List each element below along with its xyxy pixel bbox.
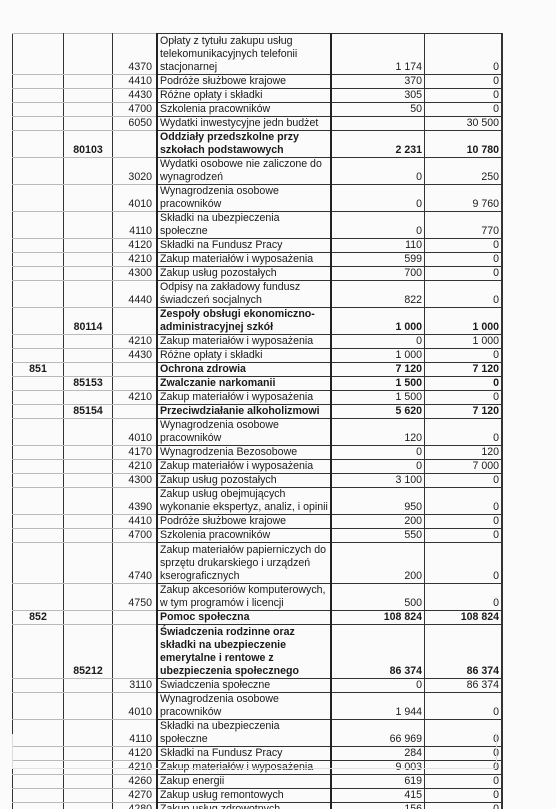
table-row: 4700Szkolenia pracowników5500 [13,529,503,543]
rozdzial-cell [64,349,113,363]
name-cell: Składki na Fundusz Pracy [157,239,331,253]
paragraf-cell: 4010 [113,185,158,212]
increase-value-cell: 0 [425,281,503,308]
table-row: 4300 Zakup usług pozostałych7000 [13,267,503,281]
dzial-cell [13,693,64,720]
dzial-cell [13,103,64,117]
decrease-value-cell: 5 620 [331,405,425,419]
decrease-value-cell: 1 000 [331,308,425,335]
paragraf-cell: 4430 [113,89,158,103]
name-cell: Przeciwdziałanie alkoholizmowi [157,405,331,419]
increase-value-cell: 0 [425,693,503,720]
increase-value-cell: 7 120 [425,363,503,377]
increase-value-cell: 7 000 [425,460,503,474]
decrease-value-cell: 0 [331,446,425,460]
paragraf-cell [113,377,158,391]
name-cell: Wynagrodzenia osobowe pracowników [157,419,331,446]
increase-value-cell: 0 [425,377,503,391]
rozdzial-cell [64,281,113,308]
rozdzial-cell [64,693,113,720]
increase-value-cell: 0 [425,239,503,253]
table-row: 4430 Różne opłaty i składki1 0000 [13,349,503,363]
increase-value-cell: 10 780 [425,131,503,158]
increase-value-cell: 0 [425,349,503,363]
rozdzial-cell [64,212,113,239]
decrease-value-cell: 1 174 [331,34,425,75]
increase-value-cell: 0 [425,584,503,611]
rozdzial-cell [64,267,113,281]
dzial-cell: 852 [13,611,64,625]
decrease-value-cell: 1 944 [331,693,425,720]
table-row: 4210 Zakup materiałów i wyposażenia01 00… [13,335,503,349]
decrease-value-cell: 50 [331,103,425,117]
increase-value-cell: 770 [425,212,503,239]
name-cell: Zespoły obsługi ekonomiczno-administracy… [157,308,331,335]
table-row: 3020 Wydatki osobowe nie zaliczone do wy… [13,158,503,185]
rozdzial-cell [64,419,113,446]
name-cell: Szkolenia pracowników [157,103,331,117]
rozdzial-cell [64,515,113,529]
rozdzial-cell [64,529,113,543]
rozdzial-cell [64,75,113,89]
table-row-section: 80114Zespoły obsługi ekonomiczno-adminis… [13,308,503,335]
increase-value-cell: 0 [425,803,503,809]
decrease-value-cell: 200 [331,543,425,584]
table-row: 4120 Składki na Fundusz Pracy1100 [13,239,503,253]
paragraf-cell: 4210 [113,460,158,474]
dzial-cell [13,446,64,460]
name-cell: Wydatki inwestycyjne jedn budżet [157,117,331,131]
table-row: 3110 Świadczenia społeczne086 374 [13,679,503,693]
name-cell: Zakup energii [157,775,331,789]
decrease-value-cell: 86 374 [331,625,425,679]
table-row: 4740Zakup materiałów papierniczych do sp… [13,543,503,584]
table-row: 4010 Wynagrodzenia osobowe pracowników09… [13,185,503,212]
paragraf-cell: 3020 [113,158,158,185]
increase-value-cell: 1 000 [425,308,503,335]
decrease-value-cell: 619 [331,775,425,789]
rozdzial-cell [64,335,113,349]
table-row: 4210 Zakup materiałów i wyposażenia5990 [13,253,503,267]
dzial-cell [13,460,64,474]
name-cell: Oddziały przedszkolne przy szkołach pods… [157,131,331,158]
decrease-value-cell: 1 000 [331,349,425,363]
name-cell: Zakup akcesoriów komputerowych, w tym pr… [157,584,331,611]
increase-value-cell: 86 374 [425,625,503,679]
decrease-value-cell: 1 500 [331,377,425,391]
paragraf-cell [113,131,158,158]
rozdzial-cell [64,488,113,515]
decrease-value-cell: 550 [331,529,425,543]
name-cell: Szkolenia pracowników [157,529,331,543]
increase-value-cell: 0 [425,515,503,529]
dzial-cell [13,391,64,405]
dzial-cell [13,584,64,611]
increase-value-cell: 0 [425,253,503,267]
paragraf-cell: 4260 [113,775,158,789]
rozdzial-cell [64,474,113,488]
name-cell: Świadczenia społeczne [157,679,331,693]
decrease-value-cell: 599 [331,253,425,267]
increase-value-cell: 250 [425,158,503,185]
increase-value-cell: 0 [425,419,503,446]
decrease-value-cell: 0 [331,460,425,474]
name-cell: Opłaty z tytułu zakupu usług telekomunik… [157,34,331,75]
decrease-value-cell: 1 500 [331,391,425,405]
rozdzial-cell: 85153 [64,377,113,391]
table-row: 4280 Zakup usług zdrowotnych1560 [13,803,503,809]
decrease-value-cell: 0 [331,335,425,349]
dzial-cell [13,377,64,391]
dzial-cell [13,529,64,543]
table-row: 4210 Zakup materiałów i wyposażenia1 500… [13,391,503,405]
increase-value-cell: 9 760 [425,185,503,212]
increase-value-cell: 86 374 [425,679,503,693]
table-row-section: 80103Oddziały przedszkolne przy szkołach… [13,131,503,158]
table-row-section: 85212Świadczenia rodzinne oraz składki n… [13,625,503,679]
table-row-section: 85154Przeciwdziałanie alkoholizmowi5 620… [13,405,503,419]
table-row: 4700Szkolenia pracowników500 [13,103,503,117]
dzial-cell [13,625,64,679]
paragraf-cell: 4170 [113,446,158,460]
dzial-cell [13,75,64,89]
dzial-cell [13,335,64,349]
rozdzial-cell: 80103 [64,131,113,158]
decrease-value-cell: 7 120 [331,363,425,377]
name-cell: Różne opłaty i składki [157,349,331,363]
rozdzial-cell [64,239,113,253]
paragraf-cell: 4430 [113,349,158,363]
name-cell: Odpisy na zakładowy fundusz świadczeń so… [157,281,331,308]
increase-value-cell: 1 000 [425,335,503,349]
paragraf-cell: 4700 [113,529,158,543]
dzial-cell [13,34,64,75]
bleed-through-table-ghost [12,734,497,769]
decrease-value-cell [331,117,425,131]
dzial-cell: 851 [13,363,64,377]
increase-value-cell: 0 [425,488,503,515]
rozdzial-cell [64,679,113,693]
paragraf-cell: 4740 [113,543,158,584]
table-row: 4750Zakup akcesoriów komputerowych, w ty… [13,584,503,611]
table-row: 4170Wynagrodzenia Bezosobowe0120 [13,446,503,460]
paragraf-cell: 3110 [113,679,158,693]
paragraf-cell: 4300 [113,267,158,281]
budget-table: 4370Opłaty z tytułu zakupu usług telekom… [12,33,503,809]
dzial-cell [13,281,64,308]
dzial-cell [13,488,64,515]
rozdzial-cell [64,446,113,460]
paragraf-cell [113,308,158,335]
paragraf-cell [113,625,158,679]
paragraf-cell: 4010 [113,419,158,446]
paragraf-cell [113,363,158,377]
dzial-cell [13,239,64,253]
rozdzial-cell: 85212 [64,625,113,679]
name-cell: Zakup materiałów papierniczych do sprzęt… [157,543,331,584]
rozdzial-cell [64,391,113,405]
decrease-value-cell: 108 824 [331,611,425,625]
table-row-section: 85153Zwalczanie narkomanii1 5000 [13,377,503,391]
paragraf-cell: 4120 [113,239,158,253]
decrease-value-cell: 0 [331,185,425,212]
increase-value-cell: 0 [425,75,503,89]
dzial-cell [13,543,64,584]
paragraf-cell: 4440 [113,281,158,308]
name-cell: Podróże służbowe krajowe [157,75,331,89]
dzial-cell [13,349,64,363]
dzial-cell [13,515,64,529]
name-cell: Zakup usług obejmujących wykonanie ekspe… [157,488,331,515]
decrease-value-cell: 2 231 [331,131,425,158]
name-cell: Zakup usług pozostałych [157,267,331,281]
dzial-cell [13,117,64,131]
paragraf-cell: 4410 [113,515,158,529]
name-cell: Świadczenia rodzinne oraz składki na ube… [157,625,331,679]
increase-value-cell: 0 [425,267,503,281]
name-cell: Zakup usług pozostałych [157,474,331,488]
decrease-value-cell: 200 [331,515,425,529]
increase-value-cell: 120 [425,446,503,460]
increase-value-cell: 0 [425,89,503,103]
paragraf-cell: 4270 [113,789,158,803]
name-cell: Wynagrodzenia osobowe pracowników [157,693,331,720]
rozdzial-cell [64,185,113,212]
dzial-cell [13,253,64,267]
dzial-cell [13,212,64,239]
decrease-value-cell: 370 [331,75,425,89]
name-cell: Zakup materiałów i wyposażenia [157,460,331,474]
rozdzial-cell [64,103,113,117]
decrease-value-cell: 950 [331,488,425,515]
table-row: 4260 Zakup energii6190 [13,775,503,789]
table-row: 4010 Wynagrodzenia osobowe pracowników1 … [13,693,503,720]
rozdzial-cell [64,543,113,584]
paragraf-cell: 6050 [113,117,158,131]
dzial-cell [13,803,64,809]
paragraf-cell: 4700 [113,103,158,117]
table-row: 4410 Podróże służbowe krajowe2000 [13,515,503,529]
decrease-value-cell: 305 [331,89,425,103]
dzial-cell [13,158,64,185]
paragraf-cell [113,611,158,625]
decrease-value-cell: 0 [331,679,425,693]
increase-value-cell: 0 [425,391,503,405]
name-cell: Różne opłaty i składki [157,89,331,103]
increase-value-cell: 0 [425,474,503,488]
name-cell: Zakup usług zdrowotnych [157,803,331,809]
table-row: 4440 Odpisy na zakładowy fundusz świadcz… [13,281,503,308]
dzial-cell [13,474,64,488]
table-row: 4410 Podróże służbowe krajowe3700 [13,75,503,89]
table-row: 4270 Zakup usług remontowych4150 [13,789,503,803]
paragraf-cell: 4410 [113,75,158,89]
decrease-value-cell: 120 [331,419,425,446]
table-row: 6050Wydatki inwestycyjne jedn budżet30 5… [13,117,503,131]
table-row-section: 851Ochrona zdrowia7 1207 120 [13,363,503,377]
rozdzial-cell: 85154 [64,405,113,419]
table-row-section: 852Pomoc społeczna108 824108 824 [13,611,503,625]
rozdzial-cell [64,611,113,625]
dzial-cell [13,185,64,212]
increase-value-cell: 0 [425,789,503,803]
paragraf-cell: 4370 [113,34,158,75]
decrease-value-cell: 110 [331,239,425,253]
rozdzial-cell [64,803,113,809]
name-cell: Składki na ubezpieczenia społeczne [157,212,331,239]
name-cell: Zakup materiałów i wyposażenia [157,391,331,405]
name-cell: Wynagrodzenia Bezosobowe [157,446,331,460]
increase-value-cell: 0 [425,103,503,117]
name-cell: Zakup usług remontowych [157,789,331,803]
dzial-cell [13,405,64,419]
table-row: 4390Zakup usług obejmujących wykonanie e… [13,488,503,515]
table-row: 4210 Zakup materiałów i wyposażenia07 00… [13,460,503,474]
paragraf-cell: 4210 [113,335,158,349]
paragraf-cell: 4210 [113,391,158,405]
rozdzial-cell [64,89,113,103]
rozdzial-cell [64,34,113,75]
table-row: 4010 Wynagrodzenia osobowe pracowników12… [13,419,503,446]
rozdzial-cell [64,584,113,611]
rozdzial-cell [64,363,113,377]
budget-table-body: 4370Opłaty z tytułu zakupu usług telekom… [13,34,503,809]
decrease-value-cell: 415 [331,789,425,803]
paragraf-cell: 4010 [113,693,158,720]
table-row: 4300 Zakup usług pozostałych3 1000 [13,474,503,488]
decrease-value-cell: 0 [331,212,425,239]
name-cell: Zakup materiałów i wyposażenia [157,253,331,267]
name-cell: Wynagrodzenia osobowe pracowników [157,185,331,212]
dzial-cell [13,679,64,693]
name-cell: Zwalczanie narkomanii [157,377,331,391]
rozdzial-cell [64,460,113,474]
dzial-cell [13,775,64,789]
dzial-cell [13,267,64,281]
name-cell: Zakup materiałów i wyposażenia [157,335,331,349]
paragraf-cell: 4110 [113,212,158,239]
decrease-value-cell: 822 [331,281,425,308]
paragraf-cell: 4300 [113,474,158,488]
increase-value-cell: 7 120 [425,405,503,419]
increase-value-cell: 0 [425,34,503,75]
paragraf-cell: 4280 [113,803,158,809]
dzial-cell [13,308,64,335]
rozdzial-cell [64,789,113,803]
dzial-cell [13,131,64,158]
increase-value-cell: 0 [425,543,503,584]
rozdzial-cell [64,253,113,267]
table-row: 4110 Składki na ubezpieczenia społeczne0… [13,212,503,239]
paragraf-cell: 4210 [113,253,158,267]
increase-value-cell: 108 824 [425,611,503,625]
dzial-cell [13,419,64,446]
increase-value-cell: 0 [425,529,503,543]
rozdzial-cell [64,117,113,131]
name-cell: Ochrona zdrowia [157,363,331,377]
paragraf-cell [113,405,158,419]
dzial-cell [13,89,64,103]
decrease-value-cell: 3 100 [331,474,425,488]
rozdzial-cell [64,158,113,185]
decrease-value-cell: 500 [331,584,425,611]
increase-value-cell: 30 500 [425,117,503,131]
paragraf-cell: 4390 [113,488,158,515]
decrease-value-cell: 700 [331,267,425,281]
paragraf-cell: 4750 [113,584,158,611]
decrease-value-cell: 0 [331,158,425,185]
name-cell: Wydatki osobowe nie zaliczone do wynagro… [157,158,331,185]
increase-value-cell: 0 [425,775,503,789]
dzial-cell [13,789,64,803]
table-row: 4370Opłaty z tytułu zakupu usług telekom… [13,34,503,75]
decrease-value-cell: 156 [331,803,425,809]
rozdzial-cell [64,775,113,789]
name-cell: Podróże służbowe krajowe [157,515,331,529]
table-row: 4430 Różne opłaty i składki3050 [13,89,503,103]
name-cell: Pomoc społeczna [157,611,331,625]
rozdzial-cell: 80114 [64,308,113,335]
